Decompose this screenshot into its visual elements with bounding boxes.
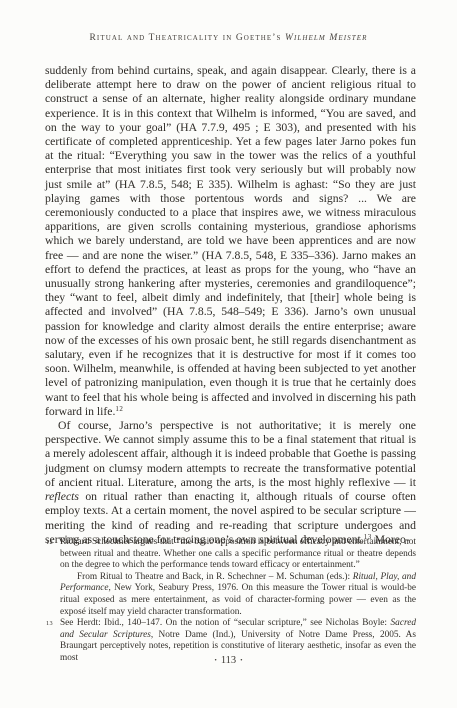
footnote-12-citation-roman: From Ritual to Theatre and Back, in R. S…	[77, 572, 353, 582]
paragraph-2: Of course, Jarno’s perspective is not au…	[45, 419, 416, 547]
footnote-ref-12: 12	[115, 405, 123, 413]
book-page: Ritual and Theatricality in Goethe’s Wil…	[0, 0, 457, 708]
footnote-12-number: 12	[46, 537, 53, 549]
page-number-dot-right: •	[236, 657, 246, 664]
footnote-12-paragraph-1: Richard Schechner argues that “the basic…	[60, 537, 416, 572]
footnote-13-text-1: See Herdt: Ibid., 140–147. On the notion…	[60, 618, 391, 628]
paragraph-1: suddenly from behind curtains, speak, an…	[45, 64, 416, 419]
body-text: suddenly from behind curtains, speak, an…	[45, 64, 416, 547]
footnote-12-citation-rest: , New York, Seabury Press, 1976. On this…	[60, 583, 416, 616]
page-number-value: 113	[221, 655, 236, 666]
page-number: •113•	[0, 655, 457, 666]
footnote-13-number: 13	[46, 618, 53, 630]
footnote-12-paragraph-2: From Ritual to Theatre and Back, in R. S…	[60, 572, 416, 618]
running-head-title-italic: Wilhelm Meister	[285, 33, 368, 43]
footnotes-block: 12 Richard Schechner argues that “the ba…	[45, 537, 416, 665]
paragraph-2-text-1: Of course, Jarno’s perspective is not au…	[45, 419, 416, 489]
running-head: Ritual and Theatricality in Goethe’s Wil…	[0, 33, 457, 43]
page-number-dot-left: •	[211, 657, 221, 664]
paragraph-1-text: suddenly from behind curtains, speak, an…	[45, 64, 416, 418]
footnote-12: 12 Richard Schechner argues that “the ba…	[45, 537, 416, 618]
paragraph-2-italic-word: reflects	[45, 490, 79, 503]
running-head-title: Ritual and Theatricality in Goethe’s	[89, 33, 285, 43]
